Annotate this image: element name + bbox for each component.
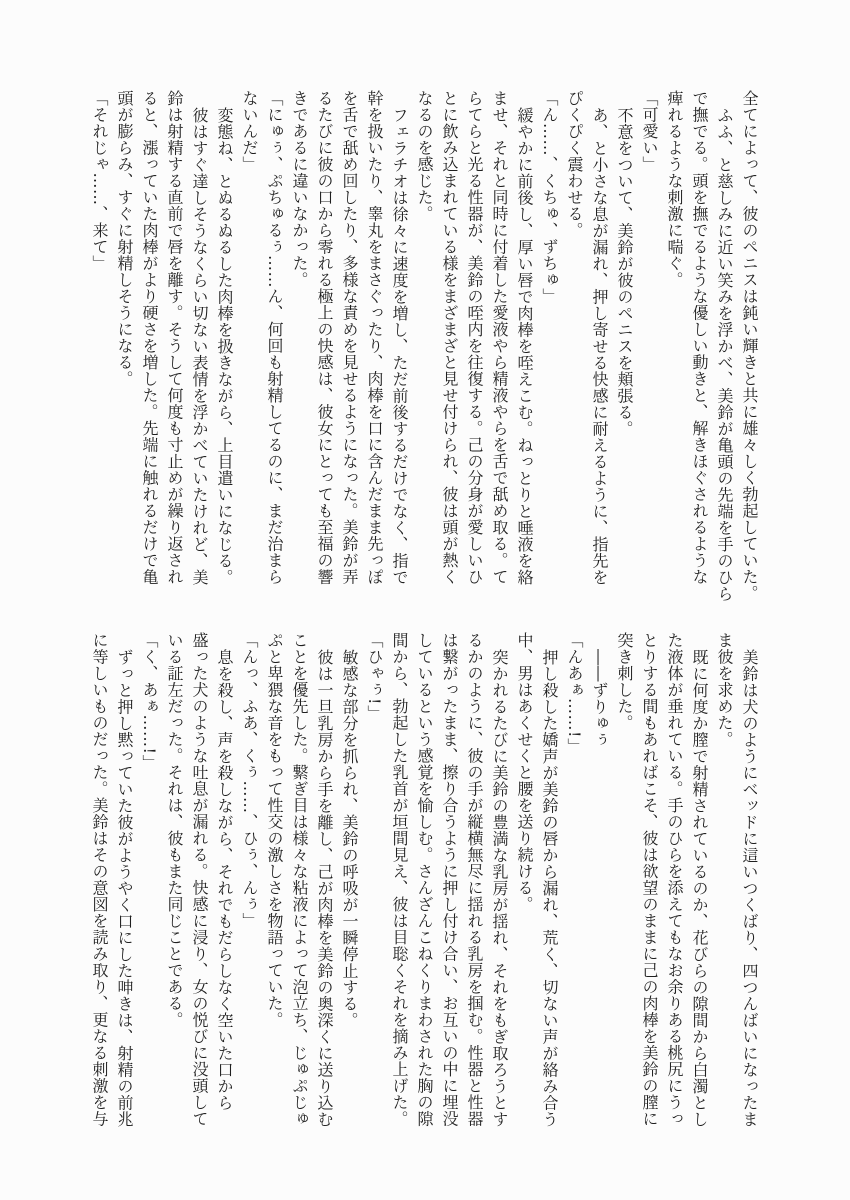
text-column: 痺れるような刺激に喘ぐ。 bbox=[662, 90, 687, 602]
text-column: 押し殺した嬌声が美鈴の唇から漏れ、荒く、切ない声が絡み合う bbox=[537, 632, 562, 1144]
text-column: 鈴は射精する直前で唇を離す。そうして何度も寸止めが繰り返され bbox=[162, 90, 187, 602]
text-column: 間から、勃起した乳首が垣間見え、彼は目聡くそれを摘み上げた。 bbox=[387, 632, 412, 1144]
text-column: 「く、あぁ……!」 bbox=[137, 632, 162, 1144]
text-column: 敏感な部分を抓られ、美鈴の呼吸が一瞬停止する。 bbox=[337, 632, 362, 1144]
text-block-lower: 美鈴は犬のようにベッドに這いつくばり、四つんばいになったまま彼を求めた。既に何度… bbox=[86, 632, 762, 1147]
text-column: 突き刺した。 bbox=[612, 632, 637, 1144]
text-column: た液体が垂れている。手のひらを添えてもなお余りある桃尻にうっ bbox=[662, 632, 687, 1144]
text-column: は繋がったまま、擦り合うように押し付け合い、お互いの中に埋没 bbox=[437, 632, 462, 1144]
text-column: 「んっ、ふあ、くぅ……、ひぅ、んぅ」 bbox=[237, 632, 262, 1144]
text-column: ま彼を求めた。 bbox=[712, 632, 737, 1144]
text-column: るかのように、彼の手が縦横無尽に揺れる乳房を掴む。性器と性器 bbox=[462, 632, 487, 1144]
text-column: ると、漲っていた肉棒がより硬さを増した。先端に触れるだけで亀 bbox=[137, 90, 162, 602]
text-block-upper: 全てによって、彼のペニスは鈍い輝きと共に雄々しく勃起していた。ふふ、と慈しみに近… bbox=[86, 90, 762, 605]
text-column: フェラチオは徐々に速度を増し、ただ前後するだけでなく、指で bbox=[387, 90, 412, 602]
text-column: 緩やかに前後し、厚い唇で肉棒を咥えこむ。ねっとりと唾液を絡 bbox=[512, 90, 537, 602]
text-column: いる証左だった。それは、彼もまた同じことである。 bbox=[162, 632, 187, 1144]
text-column: とりする間もあればこそ、彼は欲望のままに己の肉棒を美鈴の膣に bbox=[637, 632, 662, 1144]
text-column: とに飲み込まれている様をまざまざと見せ付けられ、彼は頭が熱く bbox=[437, 90, 462, 602]
text-column: ずっと押し黙っていた彼がようやく口にした呻きは、射精の前兆 bbox=[112, 632, 137, 1144]
text-column: ませ、それと同時に付着した愛液やら精液やらを舌で舐め取る。て bbox=[487, 90, 512, 602]
text-column: 頭が膨らみ、すぐに射精しそうになる。 bbox=[112, 90, 137, 602]
text-column: 既に何度か膣で射精されているのか、花びらの隙間から白濁とし bbox=[687, 632, 712, 1144]
text-column: に等しいものだった。美鈴はその意図を読み取り、更なる刺激を与 bbox=[87, 632, 112, 1144]
text-column: なるのを感じた。 bbox=[412, 90, 437, 602]
text-column: 彼は一旦乳房から手を離し、己が肉棒を美鈴の奥深くに送り込む bbox=[312, 632, 337, 1144]
text-column: で撫でる。頭を撫でるような優しい動きと、解きほぐされるような bbox=[687, 90, 712, 602]
text-column: 盛った犬のような吐息が漏れる。快感に浸り、女の悦びに没頭して bbox=[187, 632, 212, 1144]
text-column: あ、と小さな息が漏れ、押し寄せる快感に耐えるように、指先を bbox=[587, 90, 612, 602]
text-column: 「ひゃぅ!」 bbox=[362, 632, 387, 1144]
text-column: ふふ、と慈しみに近い笑みを浮かべ、美鈴が亀頭の先端を手のひら bbox=[712, 90, 737, 602]
text-column: 不意をついて、美鈴が彼のペニスを頬張る。 bbox=[612, 90, 637, 602]
text-column: を舌で舐め回したり、多様な責めを見せるようになった。美鈴が弄 bbox=[337, 90, 362, 602]
text-column: しているという感覚を愉しむ。さんざんこねくりまわされた胸の隙 bbox=[412, 632, 437, 1144]
text-column: 突かれるたびに美鈴の豊満な乳房が揺れ、それをもぎ取ろうとす bbox=[487, 632, 512, 1144]
text-column: 全てによって、彼のペニスは鈍い輝きと共に雄々しく勃起していた。 bbox=[737, 90, 762, 602]
text-column: 中、男はあくせくと腰を送り続ける。 bbox=[512, 632, 537, 1144]
text-column: ことを優先した。繋ぎ目は様々な粘液によって泡立ち、じゅぷじゅ bbox=[287, 632, 312, 1144]
text-column: 「可愛い」 bbox=[637, 90, 662, 602]
text-column: 「にゅぅ、ぷちゅるぅ……ん、何回も射精してるのに、まだ治まら bbox=[262, 90, 287, 602]
text-column: 「んあぁ……!」 bbox=[562, 632, 587, 1144]
text-column: ぷと卑猥な音をもって性交の激しさを物語っていた。 bbox=[262, 632, 287, 1144]
text-column: 幹を扱いたり、睾丸をまさぐったり、肉棒を口に含んだまま先っぽ bbox=[362, 90, 387, 602]
text-column: 「ん……、くちゅ、ずちゅ」 bbox=[537, 90, 562, 602]
text-column: 息を殺し、声を殺しながら、それでもだらしなく空いた口から bbox=[212, 632, 237, 1144]
text-column: ないんだ」 bbox=[237, 90, 262, 602]
text-column: ぴくぴく震わせる。 bbox=[562, 90, 587, 602]
text-column: らてらと光る性器が、美鈴の咥内を往復する。己の分身が愛しいひ bbox=[462, 90, 487, 602]
text-column: 変態ね、とぬるぬるした肉棒を扱きながら、上目遣いになじる。 bbox=[212, 90, 237, 602]
text-column: きであるに違いなかった。 bbox=[287, 90, 312, 602]
text-column: ――ずりゅぅ bbox=[587, 632, 612, 1144]
text-column: 美鈴は犬のようにベッドに這いつくばり、四つんばいになったま bbox=[737, 632, 762, 1144]
text-column: 彼はすぐ達しそうなくらい切ない表情を浮かべていたけれど、美 bbox=[187, 90, 212, 602]
text-column: るたびに彼の口から零れる極上の快感は、彼女にとっても至福の響 bbox=[312, 90, 337, 602]
novel-page: 全てによって、彼のペニスは鈍い輝きと共に雄々しく勃起していた。ふふ、と慈しみに近… bbox=[0, 0, 850, 1200]
text-column: 「それじゃ……、来て」 bbox=[87, 90, 112, 602]
